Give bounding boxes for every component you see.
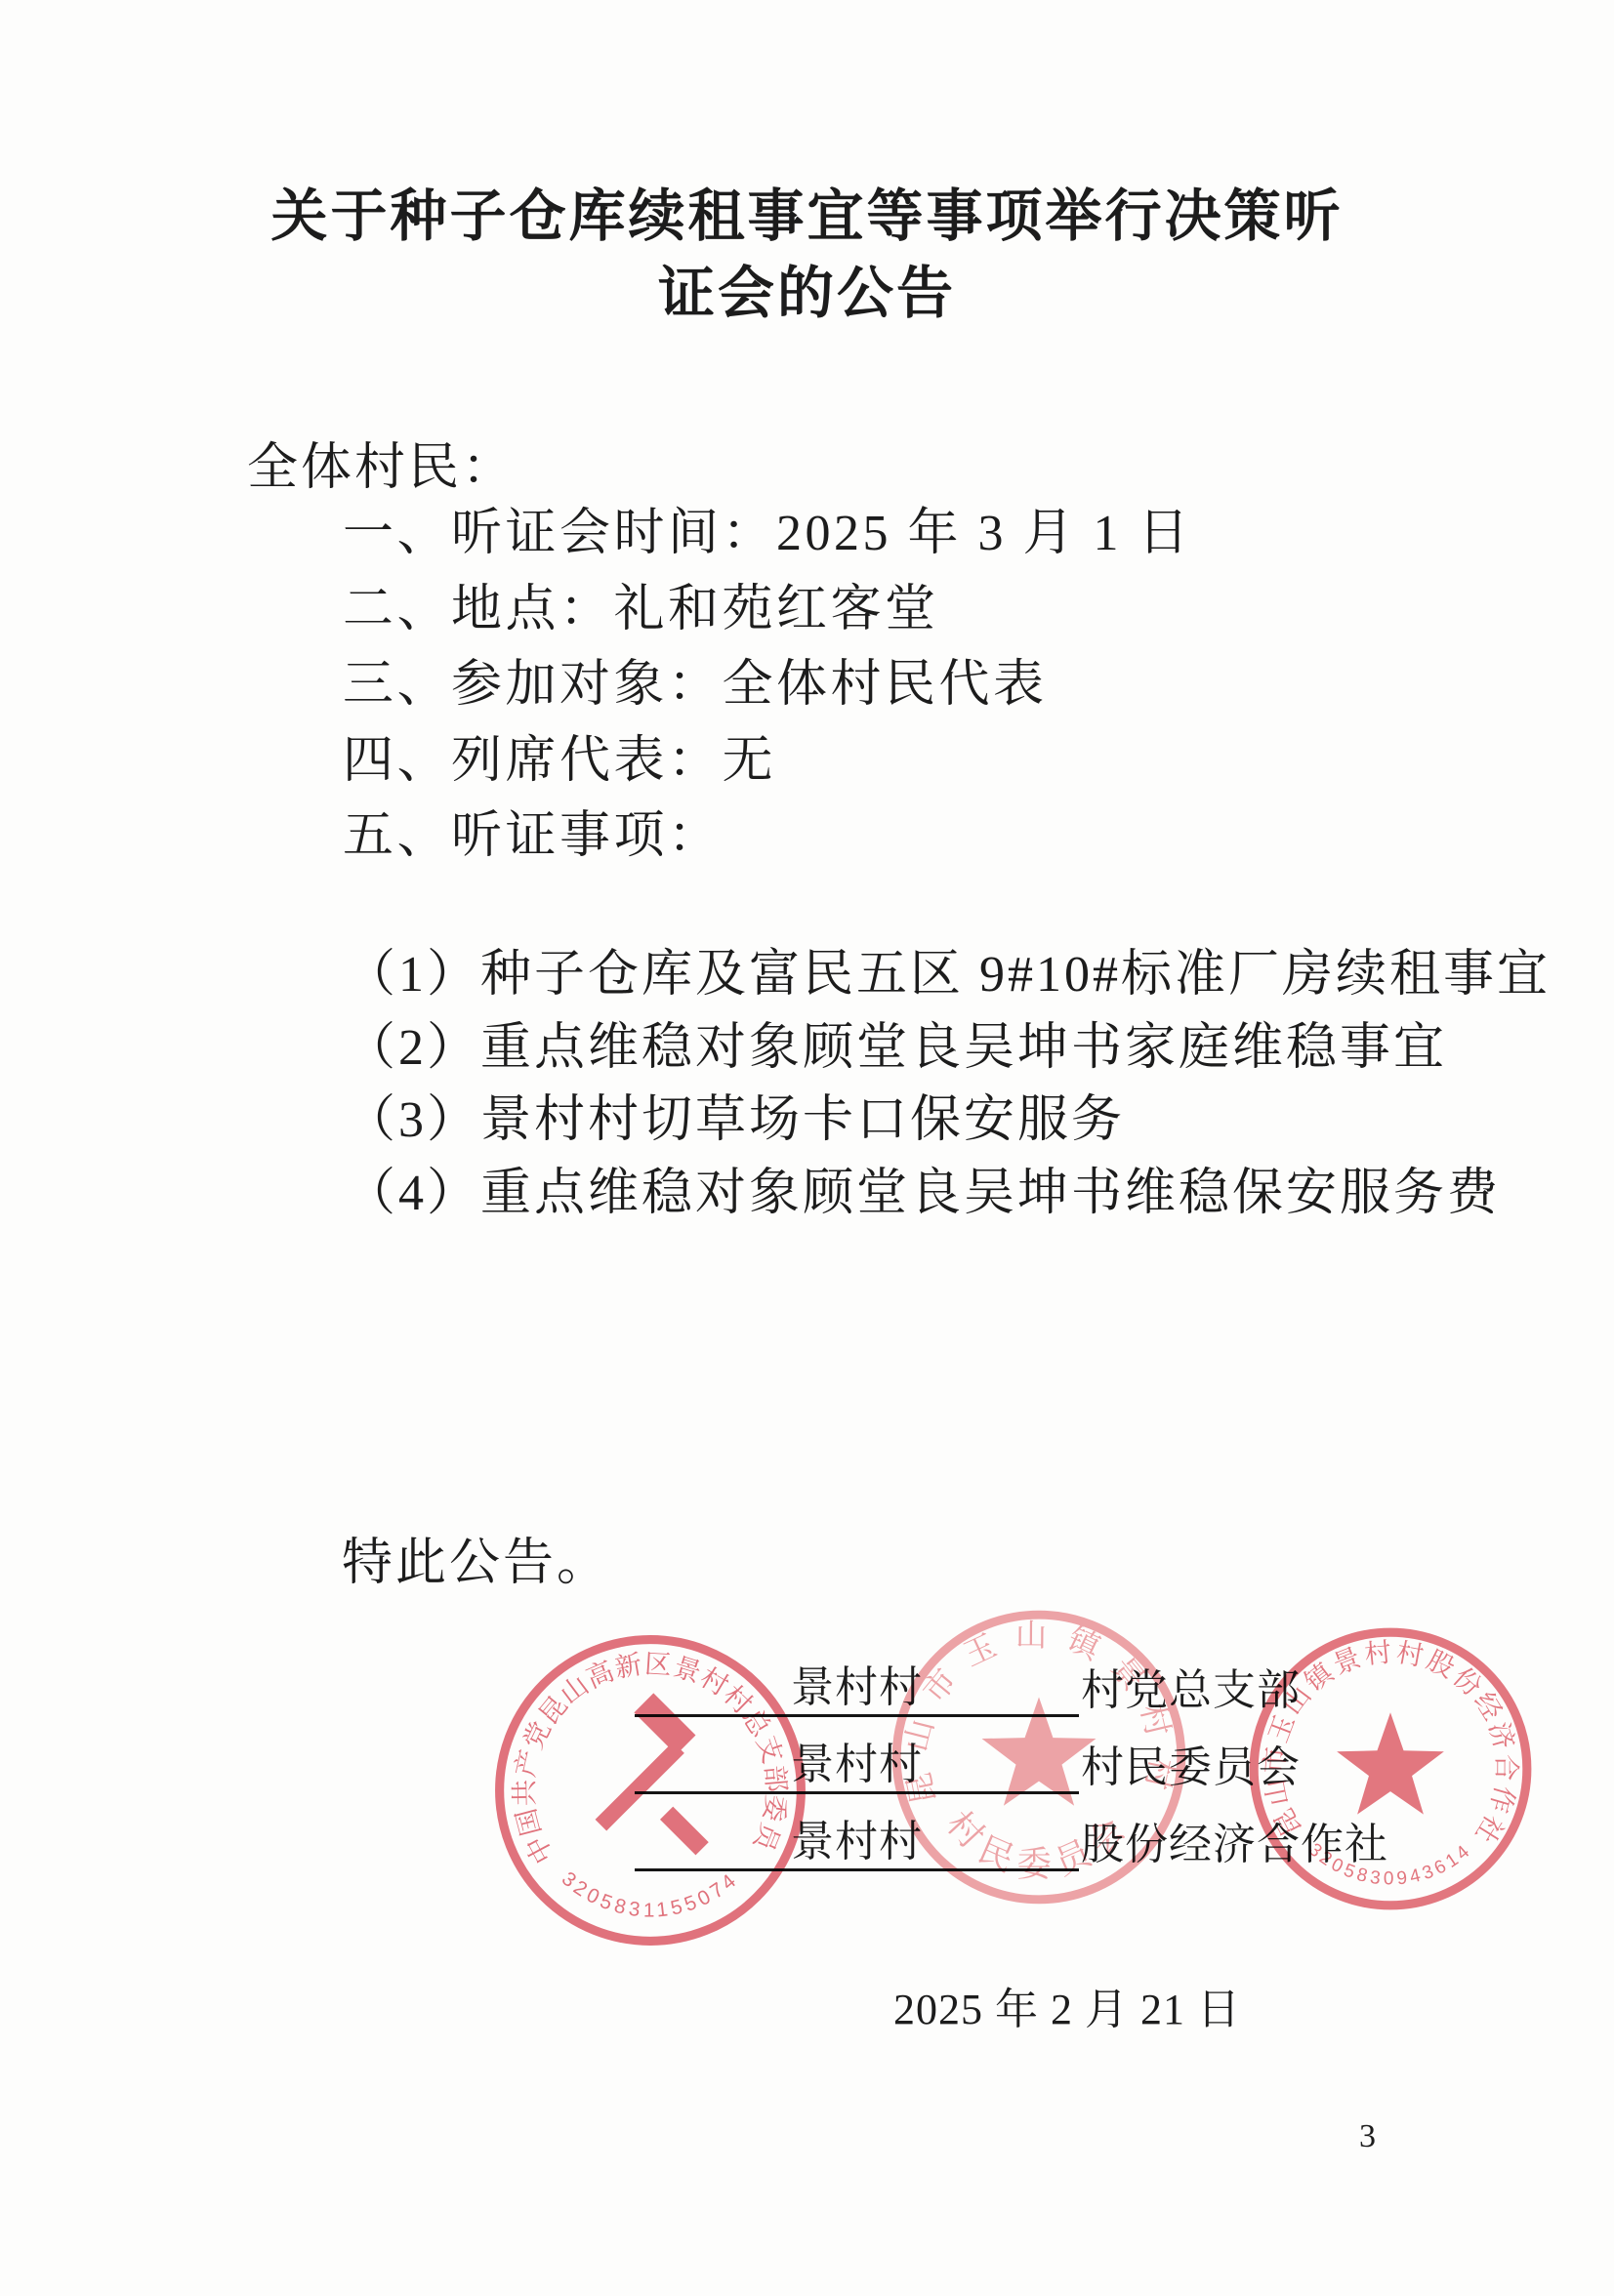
meeting-info-list: 一、听证会时间：2025 年 3 月 1 日 二、地点：礼和苑红客堂 三、参加对… bbox=[343, 496, 1192, 875]
svg-text:3205831155074: 3205831155074 bbox=[558, 1867, 744, 1921]
hearing-item: （3）景村村切草场卡口保安服务 bbox=[345, 1085, 1551, 1158]
meeting-info-place: 二、地点：礼和苑红客堂 bbox=[343, 572, 1192, 648]
signature-row-committee: 景村村 村民委员会 bbox=[635, 1739, 1301, 1794]
signature-row-cooperative: 景村村 股份经济合作社 bbox=[635, 1816, 1388, 1871]
party-seal-serial: 3205831155074 bbox=[558, 1867, 744, 1921]
signature-village-name: 景村村 bbox=[791, 1729, 923, 1791]
hearing-items-list: （1）种子仓库及富民五区 9#10#标准厂房续租事宜 （2）重点维稳对象顾堂良吴… bbox=[345, 939, 1551, 1230]
signature-village-name: 景村村 bbox=[791, 1652, 923, 1714]
signature-row-party: 景村村 村党总支部 bbox=[635, 1661, 1301, 1717]
page-number: 3 bbox=[1359, 2118, 1376, 2155]
hearing-item: （4）重点维稳对象顾堂良吴坤书维稳保安服务费 bbox=[345, 1158, 1551, 1231]
signature-org-label: 村民委员会 bbox=[1079, 1732, 1301, 1794]
meeting-info-attendees: 三、参加对象：全体村民代表 bbox=[343, 647, 1192, 723]
page-title: 关于种子仓库续租事宜等事项举行决策听 证会的公告 bbox=[0, 178, 1614, 332]
document-page: 关于种子仓库续租事宜等事项举行决策听 证会的公告 全体村民： 一、听证会时间：2… bbox=[0, 0, 1614, 2296]
title-line-1: 关于种子仓库续租事宜等事项举行决策听 bbox=[0, 178, 1614, 255]
signature-blank-line: 景村村 bbox=[635, 1739, 1079, 1794]
hearing-item: （1）种子仓库及富民五区 9#10#标准厂房续租事宜 bbox=[345, 939, 1551, 1012]
signature-org-label: 股份经济合作社 bbox=[1079, 1809, 1388, 1871]
signature-village-name: 景村村 bbox=[791, 1806, 923, 1868]
meeting-info-observers: 四、列席代表：无 bbox=[343, 723, 1192, 799]
meeting-info-agenda-header: 五、听证事项： bbox=[343, 799, 1192, 875]
closing-statement: 特此公告。 bbox=[342, 1521, 610, 1594]
signature-blank-line: 景村村 bbox=[635, 1816, 1079, 1871]
signature-blank-line: 景村村 bbox=[635, 1661, 1079, 1717]
star-icon bbox=[1337, 1712, 1444, 1814]
salutation: 全体村民： bbox=[247, 426, 516, 499]
document-date: 2025 年 2 月 21 日 bbox=[893, 1974, 1241, 2036]
title-line-2: 证会的公告 bbox=[0, 255, 1614, 332]
signature-org-label: 村党总支部 bbox=[1079, 1655, 1301, 1717]
hearing-item: （2）重点维稳对象顾堂良吴坤书家庭维稳事宜 bbox=[345, 1012, 1551, 1086]
meeting-info-time: 一、听证会时间：2025 年 3 月 1 日 bbox=[343, 496, 1192, 572]
